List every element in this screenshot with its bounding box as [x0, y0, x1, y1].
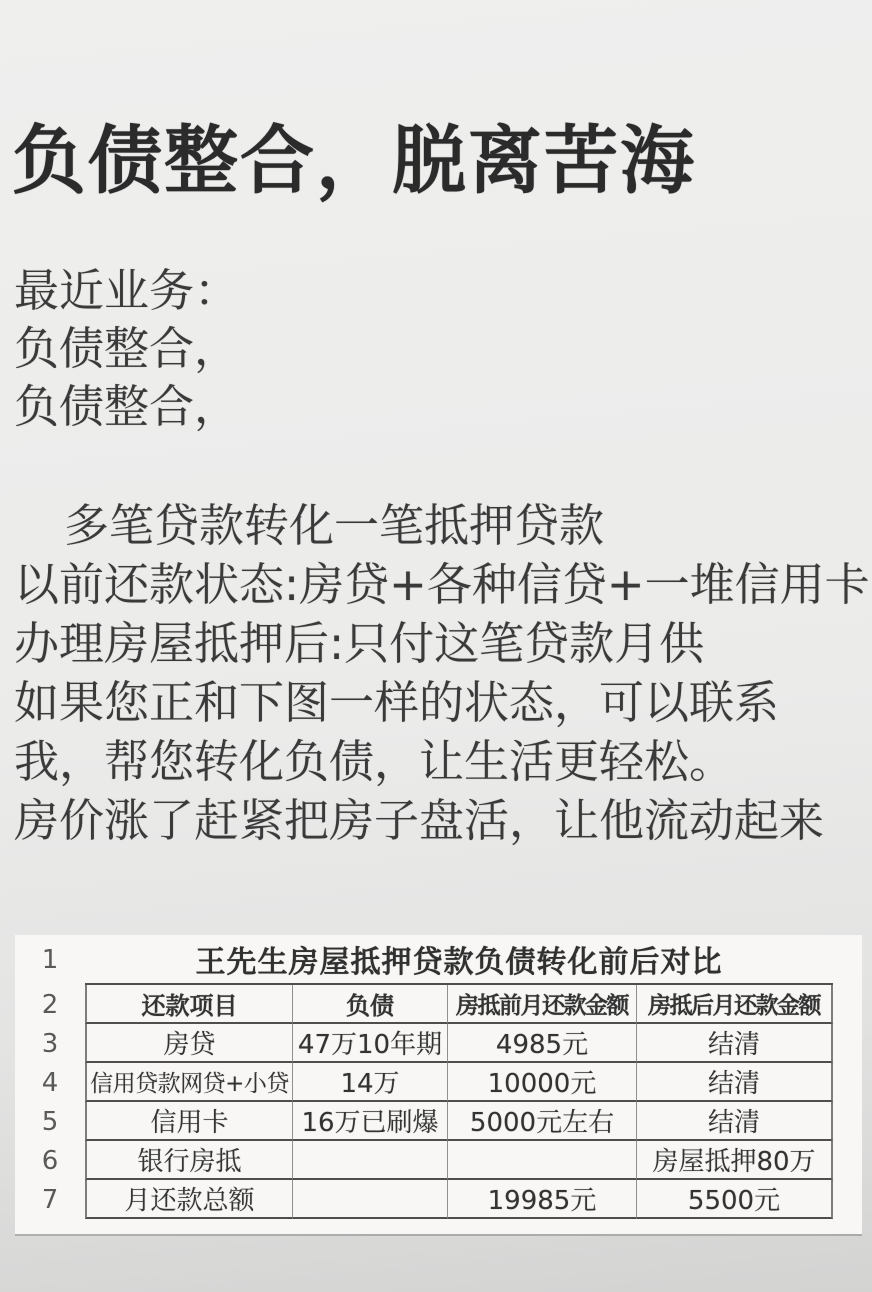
row-number: 2 — [15, 985, 85, 1024]
table-cell-before — [448, 1141, 637, 1180]
table-cell-item: 月还款总额 — [85, 1180, 293, 1219]
column-header-after: 房抵后月还款金额 — [637, 985, 833, 1024]
table-cell-after: 房屋抵押80万 — [637, 1141, 833, 1180]
intro-line: 负债整合， — [14, 320, 239, 378]
table-cell-before: 10000元 — [448, 1063, 637, 1102]
table-cell-before: 4985元 — [448, 1024, 637, 1063]
table-cell-debt — [293, 1180, 448, 1219]
row-number: 1 — [15, 935, 85, 985]
body-line: 以前还款状态:房贷+各种信贷+一堆信用卡 — [14, 555, 870, 614]
table-cell-debt: 14万 — [293, 1063, 448, 1102]
body-line: 房价涨了赶紧把房子盘活，让他流动起来 — [14, 791, 870, 850]
row-number: 6 — [15, 1141, 85, 1180]
table-cell-debt: 16万已刷爆 — [293, 1102, 448, 1141]
table-cell-after: 5500元 — [637, 1180, 833, 1219]
row-number: 7 — [15, 1180, 85, 1219]
headline: 负债整合，脱离苦海 — [12, 118, 696, 204]
row-number: 4 — [15, 1063, 85, 1102]
row-number: 5 — [15, 1102, 85, 1141]
page-background: 负债整合，脱离苦海 最近业务： 负债整合， 负债整合， 多笔贷款转化一笔抵押贷款… — [0, 0, 872, 1292]
table-cell-after: 结清 — [637, 1063, 833, 1102]
intro-line: 负债整合， — [14, 378, 239, 436]
table-cell-before: 19985元 — [448, 1180, 637, 1219]
column-header-item: 还款项目 — [85, 985, 293, 1024]
body-line: 我，帮您转化负债，让生活更轻松。 — [14, 732, 870, 791]
row-number: 3 — [15, 1024, 85, 1063]
table-cell-before: 5000元左右 — [448, 1102, 637, 1141]
table-title: 王先生房屋抵押贷款负债转化前后对比 — [85, 935, 833, 985]
table-cell-after: 结清 — [637, 1102, 833, 1141]
table-cell-debt — [293, 1141, 448, 1180]
column-header-debt: 负债 — [293, 985, 448, 1024]
debt-table-card: 1 王先生房屋抵押贷款负债转化前后对比 2 还款项目 负债 房抵前月还款金额 房… — [15, 935, 862, 1234]
body-line: 多笔贷款转化一笔抵押贷款 — [14, 496, 870, 555]
column-header-before: 房抵前月还款金额 — [448, 985, 637, 1024]
intro-block: 最近业务： 负债整合， 负债整合， — [14, 262, 239, 436]
body-text-block: 多笔贷款转化一笔抵押贷款 以前还款状态:房贷+各种信贷+一堆信用卡 办理房屋抵押… — [14, 496, 870, 850]
table-cell-item: 银行房抵 — [85, 1141, 293, 1180]
debt-comparison-table: 1 王先生房屋抵押贷款负债转化前后对比 2 还款项目 负债 房抵前月还款金额 房… — [15, 935, 862, 1219]
table-cell-debt: 47万10年期 — [293, 1024, 448, 1063]
table-cell-after: 结清 — [637, 1024, 833, 1063]
intro-line: 最近业务： — [14, 262, 239, 320]
table-cell-item: 信用卡 — [85, 1102, 293, 1141]
table-cell-item: 房贷 — [85, 1024, 293, 1063]
body-line: 办理房屋抵押后:只付这笔贷款月供 — [14, 614, 870, 673]
table-cell-item: 信用贷款网贷+小贷 — [85, 1063, 293, 1102]
body-line: 如果您正和下图一样的状态，可以联系 — [14, 673, 870, 732]
